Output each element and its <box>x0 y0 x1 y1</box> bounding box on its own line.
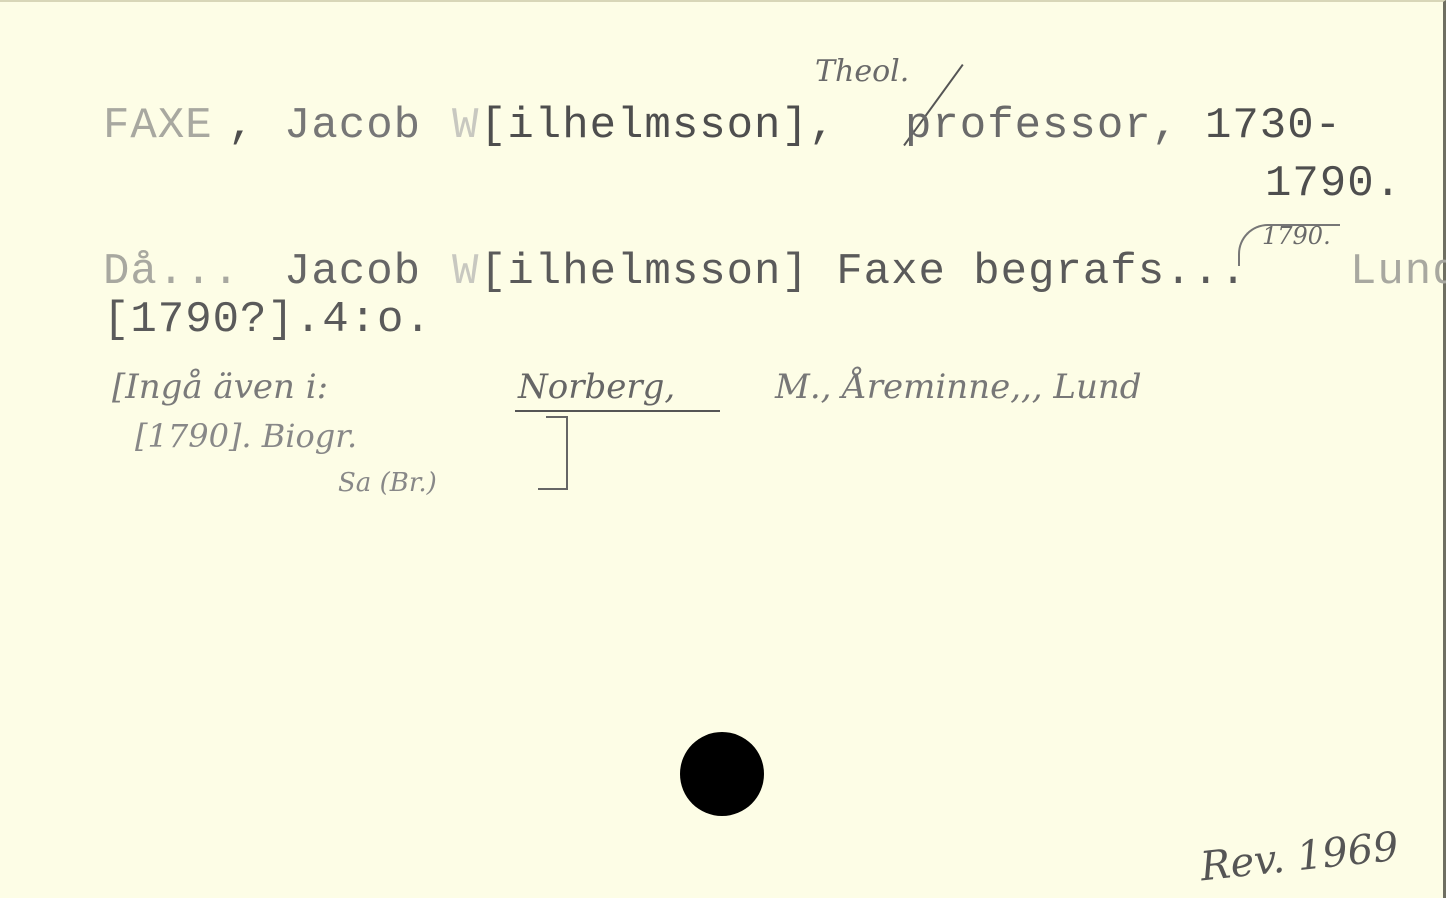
note-bracket-vertical <box>566 416 568 488</box>
heading-surname: FAXE <box>103 104 213 148</box>
handwritten-date-annotation: 1790. <box>1262 224 1331 248</box>
heading-dates-end: 1790. <box>1265 162 1402 206</box>
title-rest: [ilhelmsson] Faxe begrafs... <box>480 250 1247 294</box>
handwritten-theol-annotation: Theol. <box>815 57 909 87</box>
note-line1-rest: M., Åreminne,,, Lund <box>775 370 1142 404</box>
catalog-card: FAXE , Jacob W [ilhelmsson], Theol. prof… <box>0 0 1446 898</box>
note-bracket-bottom <box>538 488 568 490</box>
title-imprint: [1790?].4:o. <box>103 298 432 342</box>
heading-initial: W <box>452 104 479 148</box>
author-underline <box>515 410 720 412</box>
note-line1-author: Norberg, <box>518 370 675 404</box>
note-line1-start: [Ingå även i: <box>112 370 328 404</box>
revision-note: Rev. 1969 <box>1198 827 1400 888</box>
note-line3: Sa (Br.) <box>338 470 437 496</box>
note-line2: [1790]. Biogr. <box>135 420 357 452</box>
heading-dates-start: 1730- <box>1205 104 1342 148</box>
title-given-name: Jacob <box>284 250 421 294</box>
heading-expansion: [ilhelmsson], <box>480 104 836 148</box>
title-initial: W <box>452 250 479 294</box>
title-place: Lund <box>1350 250 1446 294</box>
title-prefix: Då... <box>103 250 240 294</box>
card-punch-hole <box>680 732 764 816</box>
heading-given-name: Jacob <box>284 104 421 148</box>
note-bracket-top <box>546 416 568 418</box>
heading-profession: professor, <box>905 104 1179 148</box>
heading-comma: , <box>228 104 255 148</box>
